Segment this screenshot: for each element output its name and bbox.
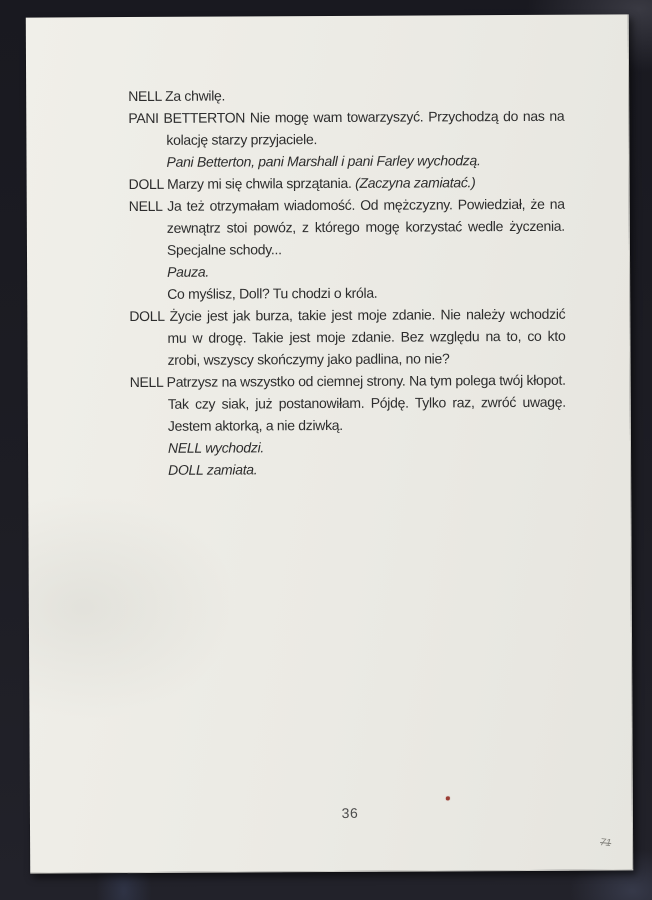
handwritten-page-note: 71: [600, 837, 612, 849]
script-line: NELL Patrzysz na wszystko od ciemnej str…: [168, 369, 566, 437]
dialogue-continuation-line: Co myślisz, Doll? Tu chodzi o króla.: [167, 281, 565, 305]
dialogue-text: Marzy mi się chwila sprzątania.: [167, 175, 352, 192]
dialogue-text: Ja też otrzymałam wiadomość. Od mężczyzn…: [167, 196, 565, 258]
speaker-name: NELL: [128, 88, 161, 104]
stage-direction-inline: (Zaczyna zamiatać.): [355, 174, 475, 191]
stage-direction-line: Pani Betterton, pani Marshall i pani Far…: [166, 149, 564, 173]
stage-direction-line: Pauza.: [167, 259, 565, 283]
script-line: NELL Za chwilę.: [166, 83, 564, 107]
speaker-name: DOLL: [129, 176, 164, 192]
stage-direction: NELL wychodzi.: [168, 439, 264, 456]
script-line: DOLL Marzy mi się chwila sprzątania. (Za…: [167, 171, 565, 195]
red-ink-dot: [446, 796, 450, 800]
dialogue-text: Za chwilę.: [165, 88, 225, 104]
dialogue-text: Patrzysz na wszystko od ciemnej strony. …: [167, 372, 566, 434]
stage-direction-line: DOLL zamiata.: [168, 457, 566, 481]
script-text-block: NELL Za chwilę. PANI BETTERTON Nie mogę …: [128, 83, 566, 481]
script-line: NELL Ja też otrzymałam wiadomość. Od męż…: [167, 193, 565, 261]
script-line: PANI BETTERTON Nie mogę wam towarzyszyć.…: [166, 105, 564, 151]
speaker-name: NELL: [130, 374, 163, 390]
dialogue-text: Co myślisz, Doll? Tu chodzi o króla.: [167, 285, 377, 302]
document-page: NELL Za chwilę. PANI BETTERTON Nie mogę …: [26, 14, 633, 873]
page-number: 36: [330, 805, 370, 821]
script-line: DOLL Życie jest jak burza, takie jest mo…: [167, 303, 565, 371]
stage-direction: Pani Betterton, pani Marshall i pani Far…: [166, 152, 480, 170]
stage-direction-line: NELL wychodzi.: [168, 435, 566, 459]
stage-direction: Pauza.: [167, 264, 209, 280]
stage-direction: DOLL zamiata.: [168, 461, 257, 477]
speaker-name: DOLL: [129, 308, 164, 324]
dialogue-text: Życie jest jak burza, takie jest moje zd…: [167, 306, 565, 368]
speaker-name: NELL: [129, 198, 162, 214]
speaker-name: PANI BETTERTON: [128, 109, 245, 126]
